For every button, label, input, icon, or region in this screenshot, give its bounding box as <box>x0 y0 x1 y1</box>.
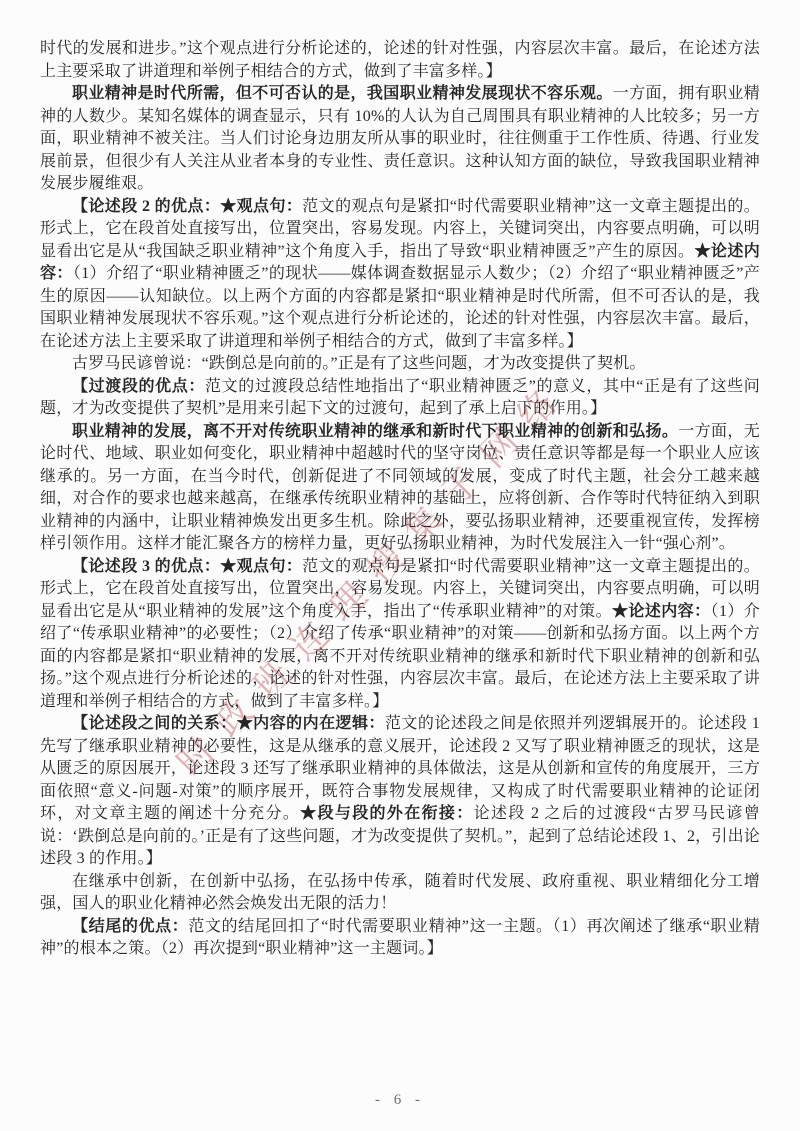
text-segment: ★段与段的外在衔接： <box>300 805 473 822</box>
text-segment: 职业精神的发展，离不开对传统职业精神的继承和新时代下职业精神的创新和弘扬。 <box>72 423 678 440</box>
text-segment: 时代的发展和进步。”这个观点进行分析论述的，论述的针对性强，内容层次丰富。最后，… <box>40 40 760 80</box>
paragraph: 【论述段 2 的优点：★观点句：范文的观点句是紧扣“时代需要职业精神”这一文章主… <box>40 196 760 354</box>
text-segment: 【论述段 3 的优点：★观点句： <box>72 558 302 575</box>
paragraph: 在继承中创新，在创新中弘扬，在弘扬中传承，随着时代发展、政府重视、职业精细化分工… <box>40 871 760 916</box>
page-number: - 6 - <box>0 1092 800 1109</box>
document-content: 时代的发展和进步。”这个观点进行分析论述的，论述的针对性强，内容层次丰富。最后，… <box>40 38 760 961</box>
text-segment: 职业精神是时代所需，但不可否认的是，我国职业精神发展现状不容乐观。 <box>72 85 613 102</box>
text-segment: 一方面，无论时代、地域、职业如何变化，职业精神中超越时代的坚守岗位、责任意识等都… <box>40 423 760 553</box>
text-segment: 【论述段 2 的优点：★观点句： <box>72 198 302 215</box>
paragraph: 古罗马民谚曾说：“跌倒总是向前的。”正是有了这些问题，才为改变提供了契机。 <box>40 353 760 376</box>
paragraph: 职业精神的发展，离不开对传统职业精神的继承和新时代下职业精神的创新和弘扬。一方面… <box>40 421 760 556</box>
text-segment: 在继承中创新，在创新中弘扬，在弘扬中传承，随着时代发展、政府重视、职业精细化分工… <box>40 873 760 913</box>
paragraph: 【过渡段的优点：范文的过渡段总结性地指出了“职业精神匮乏”的意义，其中“正是有了… <box>40 376 760 421</box>
paragraph: 【论述段 3 的优点：★观点句：范文的观点句是紧扣“时代需要职业精神”这一文章主… <box>40 556 760 714</box>
paragraph: 【结尾的优点：范文的结尾回扣了“时代需要职业精神”这一主题。（1）再次阐述了继承… <box>40 916 760 961</box>
text-segment: （1）介绍了“职业精神匮乏”的现状——媒体调查数据显示人数少；（2）介绍了“职业… <box>40 265 760 350</box>
text-segment: ★论述内容： <box>612 603 711 620</box>
paragraph: 职业精神是时代所需，但不可否认的是，我国职业精神发展现状不容乐观。一方面，拥有职… <box>40 83 760 196</box>
paragraph: 【论述段之间的关系：★内容的内在逻辑：范文的论述段之间是依照并列逻辑展开的。论述… <box>40 713 760 871</box>
paragraph: 时代的发展和进步。”这个观点进行分析论述的，论述的针对性强，内容层次丰富。最后，… <box>40 38 760 83</box>
text-segment: 【论述段之间的关系：★内容的内在逻辑： <box>72 715 385 732</box>
text-segment: 古罗马民谚曾说：“跌倒总是向前的。”正是有了这些问题，才为改变提供了契机。 <box>72 355 646 372</box>
text-segment: 【结尾的优点： <box>72 918 188 935</box>
document-page: 时政班连理搜集于网络 时代的发展和进步。”这个观点进行分析论述的，论述的针对性强… <box>0 0 800 1131</box>
text-segment: 【过渡段的优点： <box>72 378 205 395</box>
